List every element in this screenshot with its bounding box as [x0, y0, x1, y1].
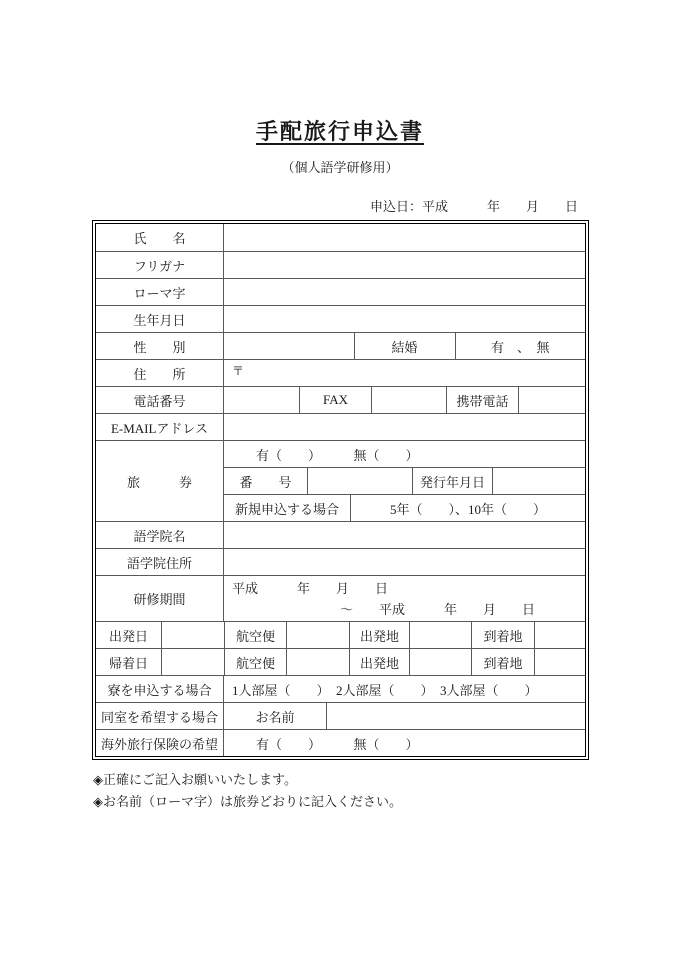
- page-title: 手配旅行申込書: [0, 115, 680, 146]
- passport-yesno-row: 有（ ） 無（ ）: [224, 441, 585, 467]
- roommate-name-label: お名前: [223, 703, 326, 729]
- postal-mark: 〒: [232, 362, 244, 379]
- roommate-label: 同室を希望する場合: [96, 703, 223, 729]
- departure-arrival-input[interactable]: [534, 622, 585, 648]
- row-name: 氏 名: [96, 224, 585, 251]
- gender-input[interactable]: [223, 333, 354, 359]
- row-furigana: フリガナ: [96, 251, 585, 278]
- name-input[interactable]: [223, 224, 585, 251]
- passport-issue-input[interactable]: [492, 468, 585, 494]
- phone-label: 電話番号: [96, 387, 223, 413]
- return-place-label: 出発地: [349, 649, 409, 675]
- email-label: E-MAILアドレス: [96, 414, 223, 440]
- passport-number-label: 番 号: [224, 468, 307, 494]
- period-end-line: ～ 平成 年 月 日: [224, 599, 585, 620]
- departure-flight-input[interactable]: [286, 622, 349, 648]
- furigana-label: フリガナ: [96, 252, 223, 278]
- school-address-input[interactable]: [223, 549, 585, 575]
- marriage-label: 結婚: [354, 333, 455, 359]
- page-subtitle: （個人語学研修用）: [0, 157, 680, 176]
- period-start-line: 平成 年 月 日: [224, 578, 585, 599]
- marriage-options[interactable]: 有 、 無: [455, 333, 586, 359]
- form-table: 氏 名 フリガナ ローマ字 生年月日 性 別 結婚 有 、 無 住 所 〒 電話…: [92, 220, 589, 760]
- note-passport-name: ◈お名前（ローマ字）は旅券どおりに記入ください。: [93, 791, 402, 813]
- footer-notes: ◈正確にご記入お願いいたします。 ◈お名前（ローマ字）は旅券どおりに記入ください…: [93, 769, 402, 813]
- passport-issue-label: 発行年月日: [412, 468, 492, 494]
- passport-number-input[interactable]: [307, 468, 412, 494]
- birthdate-input[interactable]: [223, 306, 585, 332]
- row-departure: 出発日 航空便 出発地 到着地: [96, 621, 585, 648]
- row-return: 帰着日 航空便 出発地 到着地: [96, 648, 585, 675]
- return-place-input[interactable]: [409, 649, 471, 675]
- departure-date-input[interactable]: [161, 622, 224, 648]
- insurance-options[interactable]: 有（ ） 無（ ）: [223, 730, 585, 756]
- gender-label: 性 別: [96, 333, 223, 359]
- furigana-input[interactable]: [223, 252, 585, 278]
- birthdate-label: 生年月日: [96, 306, 223, 332]
- application-form-page: 手配旅行申込書 （個人語学研修用） 申込日：平成 年 月 日 氏 名 フリガナ …: [0, 0, 680, 962]
- row-school-name: 語学院名: [96, 521, 585, 548]
- application-date-line: 申込日：平成 年 月 日: [370, 196, 578, 215]
- return-flight-label: 航空便: [224, 649, 286, 675]
- passport-new-label: 新規申込する場合: [224, 495, 350, 521]
- return-date-input[interactable]: [161, 649, 224, 675]
- phone-input[interactable]: [223, 387, 299, 413]
- departure-label: 出発日: [96, 622, 161, 648]
- row-email: E-MAILアドレス: [96, 413, 585, 440]
- row-passport: 旅 券 有（ ） 無（ ） 番 号 発行年月日 新規申込する場合 5年（ ）、1…: [96, 440, 585, 521]
- departure-place-input[interactable]: [409, 622, 471, 648]
- mobile-input[interactable]: [518, 387, 585, 413]
- departure-flight-label: 航空便: [224, 622, 286, 648]
- row-phone: 電話番号 FAX 携帯電話: [96, 386, 585, 413]
- return-flight-input[interactable]: [286, 649, 349, 675]
- row-insurance: 海外旅行保険の希望 有（ ） 無（ ）: [96, 729, 585, 756]
- period-label: 研修期間: [96, 576, 223, 621]
- passport-yesno-options[interactable]: 有（ ） 無（ ）: [224, 441, 585, 467]
- romaji-label: ローマ字: [96, 279, 223, 305]
- insurance-label: 海外旅行保険の希望: [96, 730, 223, 756]
- row-romaji: ローマ字: [96, 278, 585, 305]
- dorm-label: 寮を申込する場合: [96, 676, 223, 702]
- dorm-options[interactable]: 1人部屋（ ） 2人部屋（ ） 3人部屋（ ）: [223, 676, 585, 702]
- return-label: 帰着日: [96, 649, 161, 675]
- row-school-address: 語学院住所: [96, 548, 585, 575]
- passport-label: 旅 券: [96, 441, 223, 521]
- passport-section: 有（ ） 無（ ） 番 号 発行年月日 新規申込する場合 5年（ ）、10年（ …: [223, 441, 585, 521]
- name-label: 氏 名: [96, 224, 223, 251]
- passport-number-row: 番 号 発行年月日: [224, 467, 585, 494]
- row-gender-marriage: 性 別 結婚 有 、 無: [96, 332, 585, 359]
- note-accuracy: ◈正確にご記入お願いいたします。: [93, 769, 402, 791]
- fax-input[interactable]: [371, 387, 446, 413]
- address-input[interactable]: 〒: [223, 360, 585, 386]
- school-address-label: 語学院住所: [96, 549, 223, 575]
- return-arrival-input[interactable]: [534, 649, 585, 675]
- row-address: 住 所 〒: [96, 359, 585, 386]
- row-birthdate: 生年月日: [96, 305, 585, 332]
- row-period: 研修期間 平成 年 月 日 ～ 平成 年 月 日: [96, 575, 585, 621]
- address-label: 住 所: [96, 360, 223, 386]
- email-input[interactable]: [223, 414, 585, 440]
- school-name-input[interactable]: [223, 522, 585, 548]
- passport-new-options[interactable]: 5年（ ）、10年（ ）: [350, 495, 585, 521]
- roommate-name-input[interactable]: [326, 703, 585, 729]
- mobile-label: 携帯電話: [446, 387, 518, 413]
- period-input[interactable]: 平成 年 月 日 ～ 平成 年 月 日: [223, 576, 585, 621]
- passport-new-row: 新規申込する場合 5年（ ）、10年（ ）: [224, 494, 585, 521]
- departure-place-label: 出発地: [349, 622, 409, 648]
- school-name-label: 語学院名: [96, 522, 223, 548]
- romaji-input[interactable]: [223, 279, 585, 305]
- row-roommate: 同室を希望する場合 お名前: [96, 702, 585, 729]
- departure-arrival-label: 到着地: [471, 622, 534, 648]
- return-arrival-label: 到着地: [471, 649, 534, 675]
- fax-label: FAX: [299, 387, 371, 413]
- row-dorm: 寮を申込する場合 1人部屋（ ） 2人部屋（ ） 3人部屋（ ）: [96, 675, 585, 702]
